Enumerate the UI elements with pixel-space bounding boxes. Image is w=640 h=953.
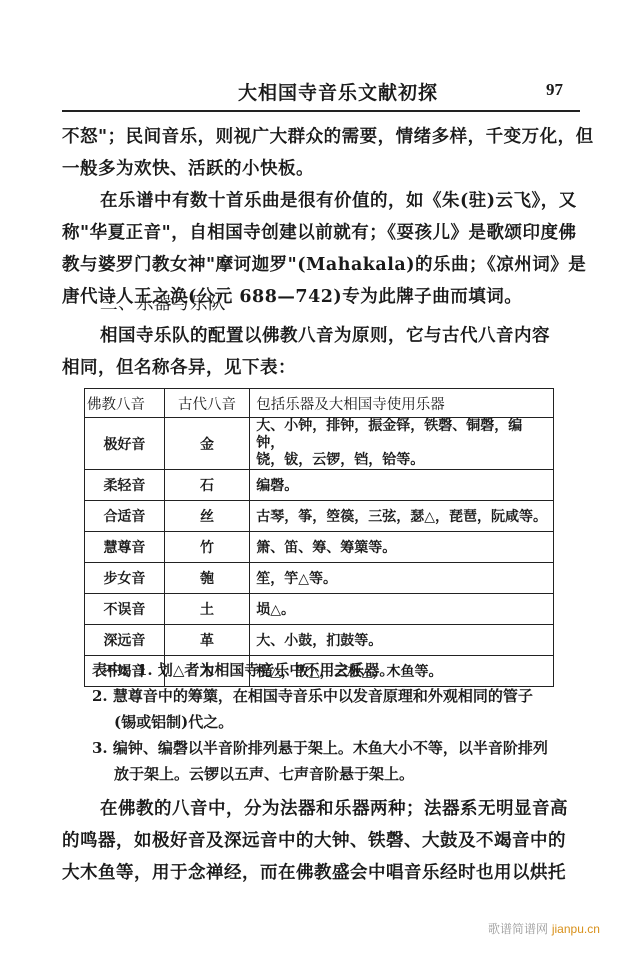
buddhist-sound-cell: 深远音 xyxy=(85,625,165,656)
table-row: 步女音 匏 笙，竽△等。 xyxy=(85,563,554,594)
instruments-cell: 古琴，筝，箜篌，三弦，瑟△，琵琶，阮咸等。 xyxy=(250,501,554,532)
table-row: 合适音 丝 古琴，筝，箜篌，三弦，瑟△，琵琶，阮咸等。 xyxy=(85,501,554,532)
running-title: 大相国寺音乐文献初探 xyxy=(238,78,438,105)
note-1: 表中：1. 划△者为相国寺音乐中不用之乐器。 xyxy=(92,657,612,683)
note-2-continued: (锡或铝制)代之。 xyxy=(92,709,612,735)
ancient-sound-cell: 丝 xyxy=(164,501,249,532)
text-line: 相同，但名称各异，见下表： xyxy=(62,352,582,384)
table-header-row: 佛教八音 古代八音 包括乐器及大相国寺使用乐器 xyxy=(85,389,554,418)
column-header: 佛教八音 xyxy=(85,389,165,418)
table-row: 慧尊音 竹 箫、笛、筹、筹篥等。 xyxy=(85,532,554,563)
text-line: 在乐谱中有数十首乐曲是很有价值的，如《朱(驻)云飞》，又 xyxy=(62,185,582,217)
text-line: 相国寺乐队的配置以佛教八音为原则，它与古代八音内容 xyxy=(62,320,582,352)
text-line: 称"华夏正音"，自相国寺创建以前就有；《耍孩儿》是歌颂印度佛 xyxy=(62,217,582,249)
buddhist-sound-cell: 极好音 xyxy=(85,418,165,470)
note-2: 2. 慧尊音中的筹篥，在相国寺音乐中以发音原理和外观相同的管子 xyxy=(92,683,612,709)
ancient-sound-cell: 革 xyxy=(164,625,249,656)
text-line: 教与婆罗门教女神"摩诃迦罗"(Mahakala)的乐曲；《凉州词》是 xyxy=(62,249,582,281)
ancient-sound-cell: 石 xyxy=(164,470,249,501)
ancient-sound-cell: 金 xyxy=(164,418,249,470)
instruments-cell: 大、小鼓，扪鼓等。 xyxy=(250,625,554,656)
ancient-sound-cell: 土 xyxy=(164,594,249,625)
column-header: 古代八音 xyxy=(164,389,249,418)
instruments-line: 铙，钹，云锣，铛，铪等。 xyxy=(256,452,424,468)
ancient-sound-cell: 竹 xyxy=(164,532,249,563)
text-line: 不怒"；民间音乐，则视广大群众的需要，情绪多样，千变万化，但 xyxy=(62,121,582,153)
page-header: 大相国寺音乐文献初探 97 xyxy=(62,72,582,112)
paragraph-1: 不怒"；民间音乐，则视广大群众的需要，情绪多样，千变万化，但 一般多为欢快、活跃… xyxy=(62,121,582,185)
text-line: 大木鱼等，用于念禅经，而在佛教盛会中唱音乐经时也用以烘托 xyxy=(62,857,582,889)
instruments-cell: 箫、笛、筹、筹篥等。 xyxy=(250,532,554,563)
section-heading: 三、乐器与乐队 xyxy=(62,288,582,320)
table-notes: 表中：1. 划△者为相国寺音乐中不用之乐器。 2. 慧尊音中的筹篥，在相国寺音乐… xyxy=(92,657,612,787)
column-header: 包括乐器及大相国寺使用乐器 xyxy=(250,389,554,418)
note-3: 3. 编钟、编磬以半音阶排列悬于架上。木鱼大小不等，以半音阶排列 xyxy=(92,735,612,761)
eight-sounds-table: 佛教八音 古代八音 包括乐器及大相国寺使用乐器 极好音 金 大、小钟，排钟，振金… xyxy=(84,388,554,687)
text-line: 在佛教的八音中，分为法器和乐器两种；法器系无明显音高 xyxy=(62,793,582,825)
site-watermark: 歌谱简谱网 jianpu.cn xyxy=(488,920,600,937)
text-line: 一般多为欢快、活跃的小快板。 xyxy=(62,153,582,185)
buddhist-sound-cell: 步女音 xyxy=(85,563,165,594)
table-row: 极好音 金 大、小钟，排钟，振金铎，铁磬、铜磬，编钟， 铙，钹，云锣，铛，铪等。 xyxy=(85,418,554,470)
header-rule xyxy=(62,110,580,112)
instruments-cell: 埙△。 xyxy=(250,594,554,625)
paragraph-4: 在佛教的八音中，分为法器和乐器两种；法器系无明显音高 的鸣器，如极好音及深远音中… xyxy=(62,793,582,889)
table-row: 不误音 土 埙△。 xyxy=(85,594,554,625)
paragraph-3: 相国寺乐队的配置以佛教八音为原则，它与古代八音内容 相同，但名称各异，见下表： xyxy=(62,320,582,384)
buddhist-sound-cell: 合适音 xyxy=(85,501,165,532)
table-row: 柔轻音 石 编磬。 xyxy=(85,470,554,501)
instruments-cell: 笙，竽△等。 xyxy=(250,563,554,594)
instruments-cell: 大、小钟，排钟，振金铎，铁磬、铜磬，编钟， 铙，钹，云锣，铛，铪等。 xyxy=(250,418,554,470)
instruments-line: 大、小钟，排钟，振金铎，铁磬、铜磬，编钟， xyxy=(256,418,522,451)
page-number: 97 xyxy=(546,80,563,100)
ancient-sound-cell: 匏 xyxy=(164,563,249,594)
buddhist-sound-cell: 慧尊音 xyxy=(85,532,165,563)
instruments-cell: 编磬。 xyxy=(250,470,554,501)
table-row: 深远音 革 大、小鼓，扪鼓等。 xyxy=(85,625,554,656)
buddhist-sound-cell: 不误音 xyxy=(85,594,165,625)
watermark-en: jianpu.cn xyxy=(552,922,600,936)
text-line: 的鸣器，如极好音及深远音中的大钟、铁磬、大鼓及不竭音中的 xyxy=(62,825,582,857)
buddhist-sound-cell: 柔轻音 xyxy=(85,470,165,501)
watermark-cn: 歌谱简谱网 xyxy=(488,922,548,936)
note-3-continued: 放于架上。云锣以五声、七声音阶悬于架上。 xyxy=(92,761,612,787)
